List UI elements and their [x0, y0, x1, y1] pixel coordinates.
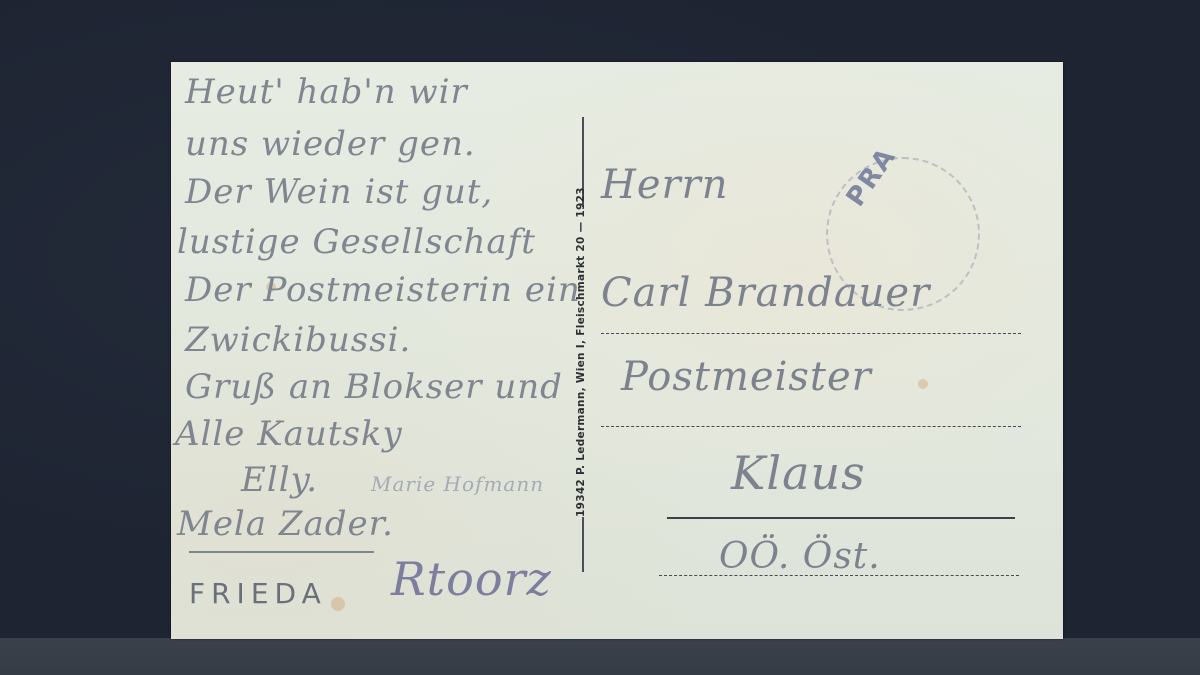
message-line: uns wieder gen.: [185, 124, 476, 164]
message-line: Der Postmeisterin ein: [185, 270, 581, 310]
bottom-strip: [0, 638, 1200, 675]
faint-signature: Marie Hofmann: [371, 472, 544, 496]
address-title: Postmeister: [621, 354, 872, 400]
message-line: Gruß an Blokser und: [185, 367, 563, 407]
address-line: [667, 517, 1015, 519]
purple-signature: Rtoorz: [391, 552, 552, 606]
message-line: Zwickibussi.: [185, 320, 411, 360]
message-line: Alle Kautsky: [175, 414, 403, 454]
address-salutation: Herrn: [601, 162, 729, 208]
address-region: OÖ. Öst.: [719, 536, 881, 577]
publisher-imprint: 19342 P. Ledermann, Wien I, Fleischmarkt…: [575, 187, 587, 517]
message-line: Heut' hab'n wir: [185, 72, 468, 112]
center-divider: [582, 517, 584, 572]
message-line: lustige Gesellschaft: [177, 222, 536, 262]
address-name: Carl Brandauer: [601, 270, 930, 316]
signature-underline: [189, 551, 374, 553]
stain: [331, 597, 345, 611]
block-signature: FRIEDA: [189, 577, 327, 610]
message-line: Elly.: [241, 460, 318, 500]
message-line: Der Wein ist gut,: [185, 172, 493, 212]
postcard: Heut' hab'n wir uns wieder gen. Der Wein…: [171, 62, 1063, 639]
address-line: [659, 575, 1019, 576]
address-town: Klaus: [731, 446, 866, 500]
address-line: [601, 426, 1021, 427]
address-line: [601, 333, 1021, 334]
stain: [918, 379, 928, 389]
message-line: Mela Zader.: [177, 504, 394, 544]
